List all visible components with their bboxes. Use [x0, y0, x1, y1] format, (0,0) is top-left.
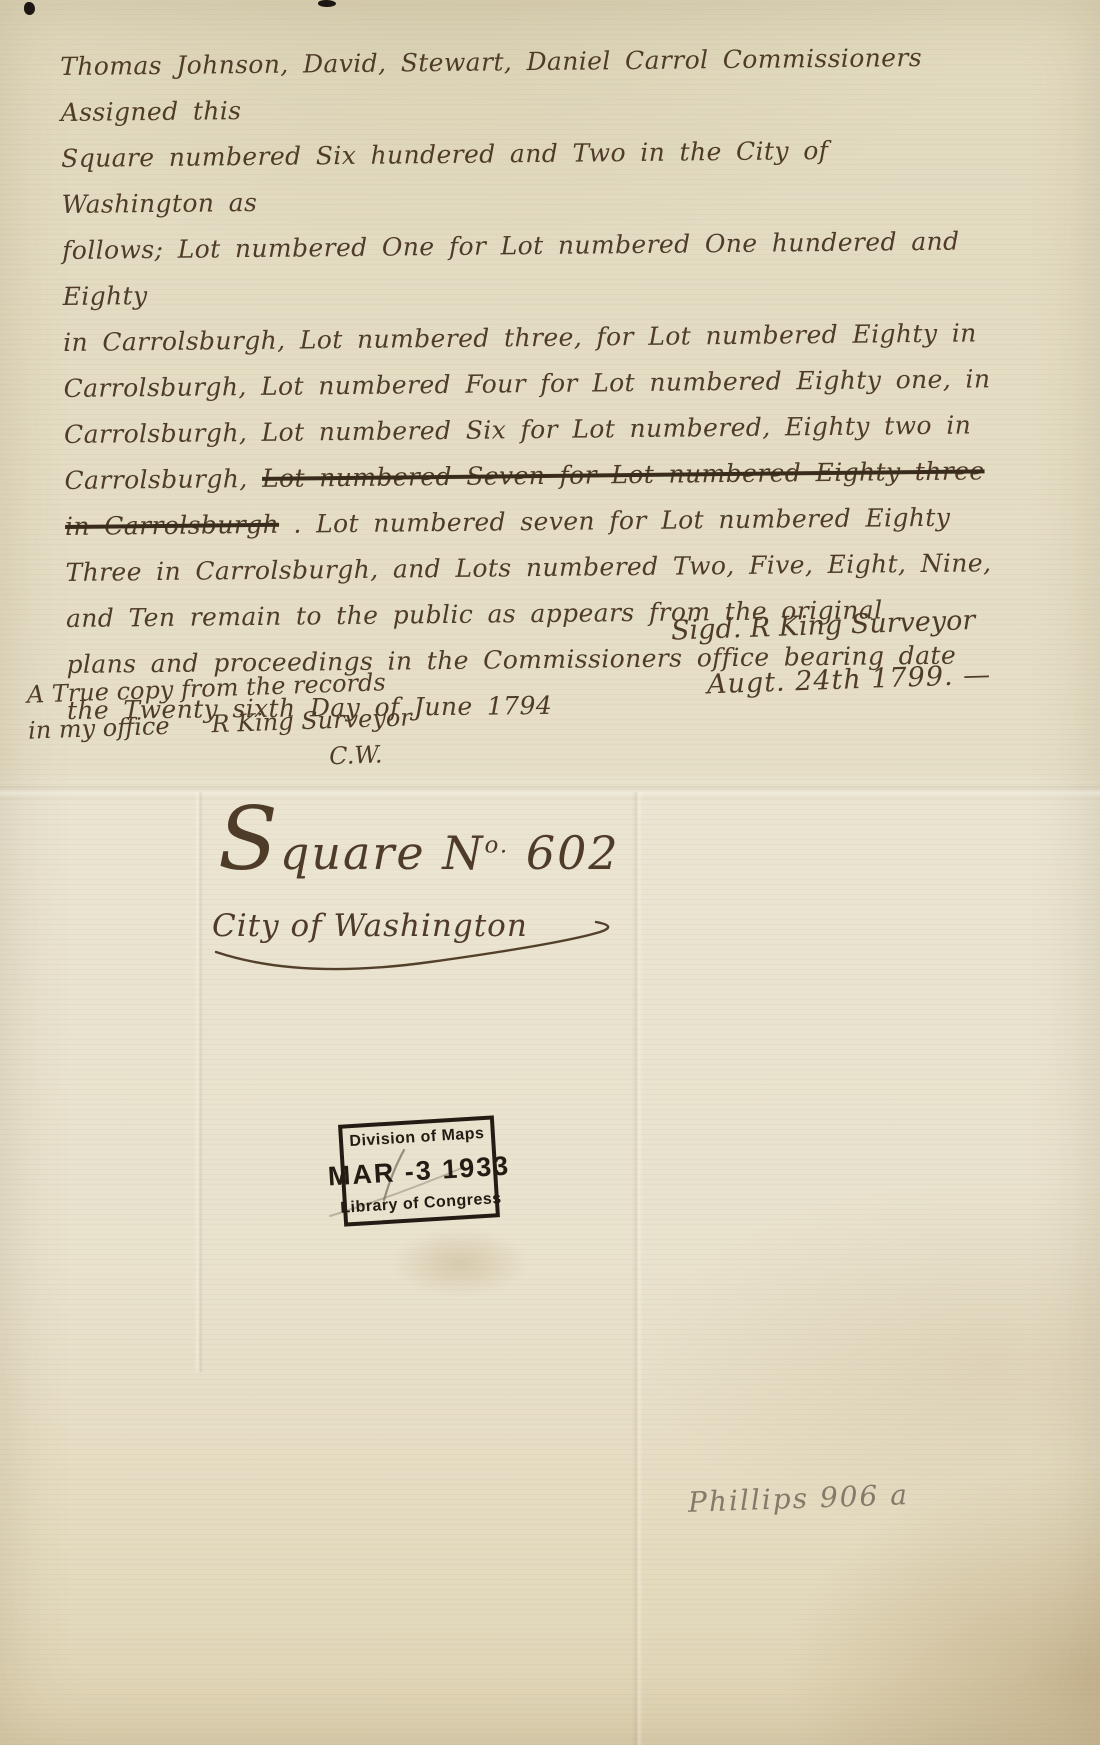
center-vertical-crease — [632, 792, 643, 1745]
square-title-superscript: o. — [484, 833, 509, 859]
record-line: Square numbered Six hundered and Two in … — [61, 126, 992, 228]
manuscript-page: Thomas Johnson, David, Stewart, Daniel C… — [0, 0, 1100, 1745]
certification-initials: C.W. — [329, 735, 414, 774]
phillips-catalog-note: Phillips 906 a — [687, 1478, 909, 1519]
record-line: Thomas Johnson, David, Stewart, Daniel C… — [60, 34, 991, 136]
edge-speck — [24, 2, 35, 15]
record-text-struck: Lot numbered Seven for Lot numbered Eigh… — [262, 456, 985, 493]
record-text-normal: . Lot numbered seven for Lot numbered Ei… — [279, 503, 951, 539]
city-line: City of Washington — [212, 908, 528, 944]
square-number: 602 — [526, 826, 620, 880]
certification-block: A True copy from the records in my offic… — [26, 663, 413, 784]
record-line: follows; Lot numbered One for Lot number… — [62, 218, 993, 320]
library-of-congress-stamp: Division of Maps MAR -3 1933 Library of … — [338, 1115, 500, 1226]
record-text-normal: Carrolsburgh, — [64, 464, 262, 495]
left-vertical-crease — [194, 792, 203, 1372]
certification-surveyor-signature: R King Surveyor — [211, 703, 412, 738]
stamp-division-line: Division of Maps — [349, 1125, 485, 1151]
horizontal-fold-crease — [0, 786, 1100, 799]
paper-stain — [390, 1228, 530, 1298]
square-title-text: Square N — [218, 826, 484, 880]
stamp-library-line: Library of Congress — [340, 1190, 502, 1218]
stamp-date-line: MAR -3 1933 — [327, 1150, 511, 1192]
record-text-struck: in Carrolsburgh — [65, 510, 279, 541]
edge-speck — [318, 0, 336, 7]
square-title: Square No. 602 — [218, 826, 620, 880]
signature-block: Sigd. R King Surveyor Augt. 24th 1799. — — [671, 604, 992, 701]
certification-office: in my office — [28, 712, 170, 745]
